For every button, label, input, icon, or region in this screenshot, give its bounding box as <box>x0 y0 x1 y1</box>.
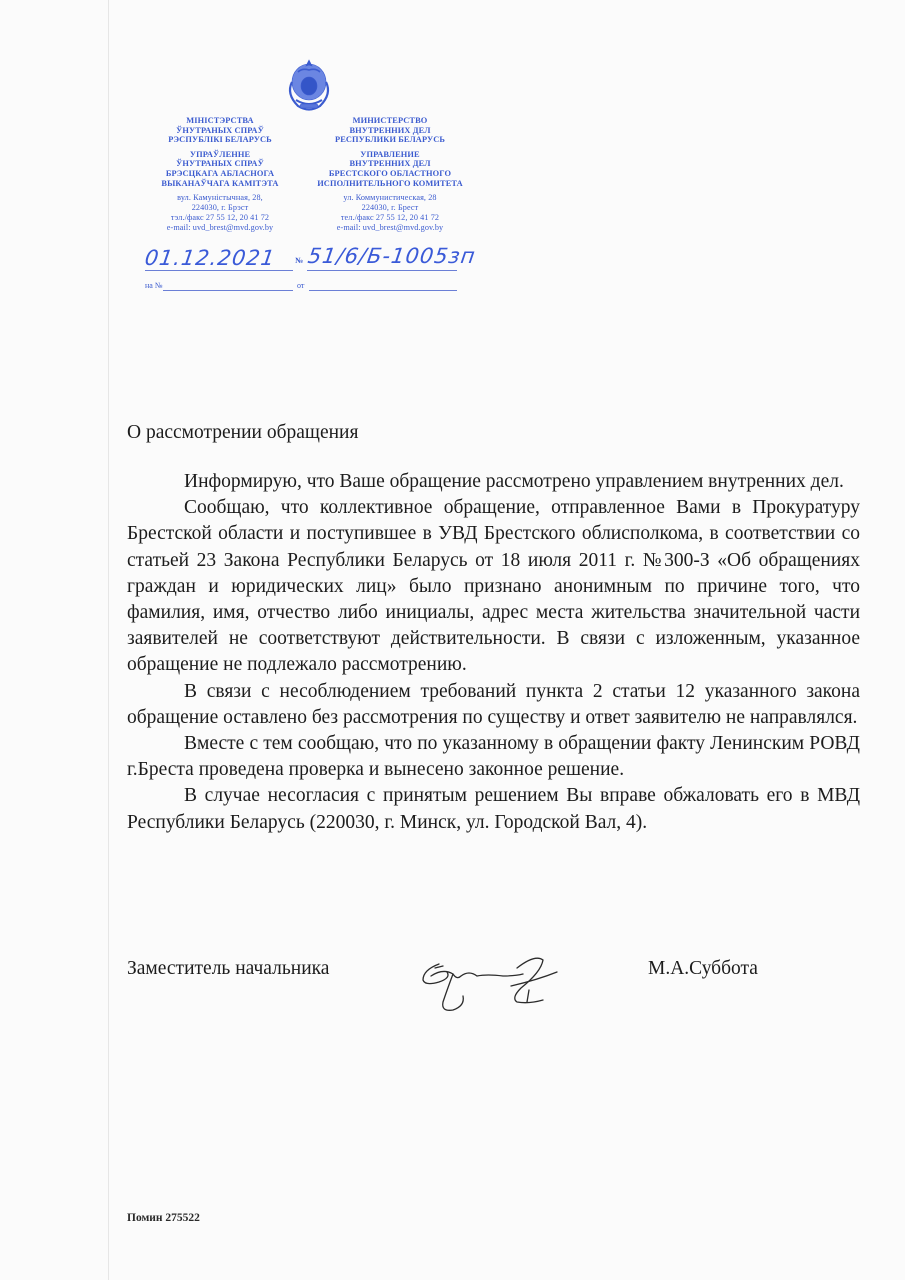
signature-block: Заместитель начальника М.А.Суббота <box>127 950 860 1030</box>
reference-number-line <box>163 290 293 291</box>
address-ru: ул. Коммунистическая, 28 224030, г. Брес… <box>305 193 475 232</box>
handwritten-signature-icon <box>417 950 567 1022</box>
paragraph: Вместе с тем сообщаю, что по указанному … <box>127 731 860 783</box>
registration-date: 01.12.2021 <box>143 246 277 270</box>
address-by: вул. Камуністычная, 28, 224030, г. Брэст… <box>140 193 300 232</box>
paragraph: Информирую, что Ваше обращение рассмотре… <box>127 469 860 495</box>
paragraph: В случае несогласия с принятым решением … <box>127 783 860 835</box>
department-name-by: УПРАЎЛЕННЕ ЎНУТРАНЫХ СПРАЎ БРЭСЦКАГА АБЛ… <box>140 150 300 188</box>
number-underline <box>307 270 457 271</box>
department-name-ru: УПРАВЛЕНИЕ ВНУТРЕННИХ ДЕЛ БРЕСТСКОГО ОБЛ… <box>305 150 475 188</box>
reference-number-label: на № <box>145 281 162 290</box>
date-underline <box>145 270 293 271</box>
reference-row: на № от <box>145 276 465 292</box>
registration-number: 51/6/Б-1005зп <box>306 244 477 268</box>
executor-note: Помин 275522 <box>127 1212 200 1224</box>
state-emblem-icon <box>278 56 340 116</box>
registration-row: 01.12.2021 № 51/6/Б-1005зп <box>145 246 485 270</box>
reference-date-line <box>309 290 457 291</box>
letter-subject: О рассмотрении обращения <box>127 421 358 445</box>
page-edge-line <box>108 0 109 1280</box>
ministry-name-ru: МИНИСТЕРСТВО ВНУТРЕННИХ ДЕЛ РЕСПУБЛИКИ Б… <box>305 116 475 145</box>
paragraph: В связи с несоблюдением требований пункт… <box>127 679 860 731</box>
paragraph: Сообщаю, что коллективное обращение, отп… <box>127 495 860 678</box>
letterhead-left-column: МІНІСТЭРСТВА ЎНУТРАНЫХ СПРАЎ РЭСПУБЛІКІ … <box>140 116 300 232</box>
signatory-name: М.А.Суббота <box>648 958 758 980</box>
letter-body: Информирую, что Ваше обращение рассмотре… <box>127 469 860 836</box>
reference-date-label: от <box>297 281 304 290</box>
signatory-position: Заместитель начальника <box>127 958 329 980</box>
registration-number-label: № <box>295 256 303 265</box>
ministry-name-by: МІНІСТЭРСТВА ЎНУТРАНЫХ СПРАЎ РЭСПУБЛІКІ … <box>140 116 300 145</box>
letterhead-right-column: МИНИСТЕРСТВО ВНУТРЕННИХ ДЕЛ РЕСПУБЛИКИ Б… <box>305 116 475 232</box>
